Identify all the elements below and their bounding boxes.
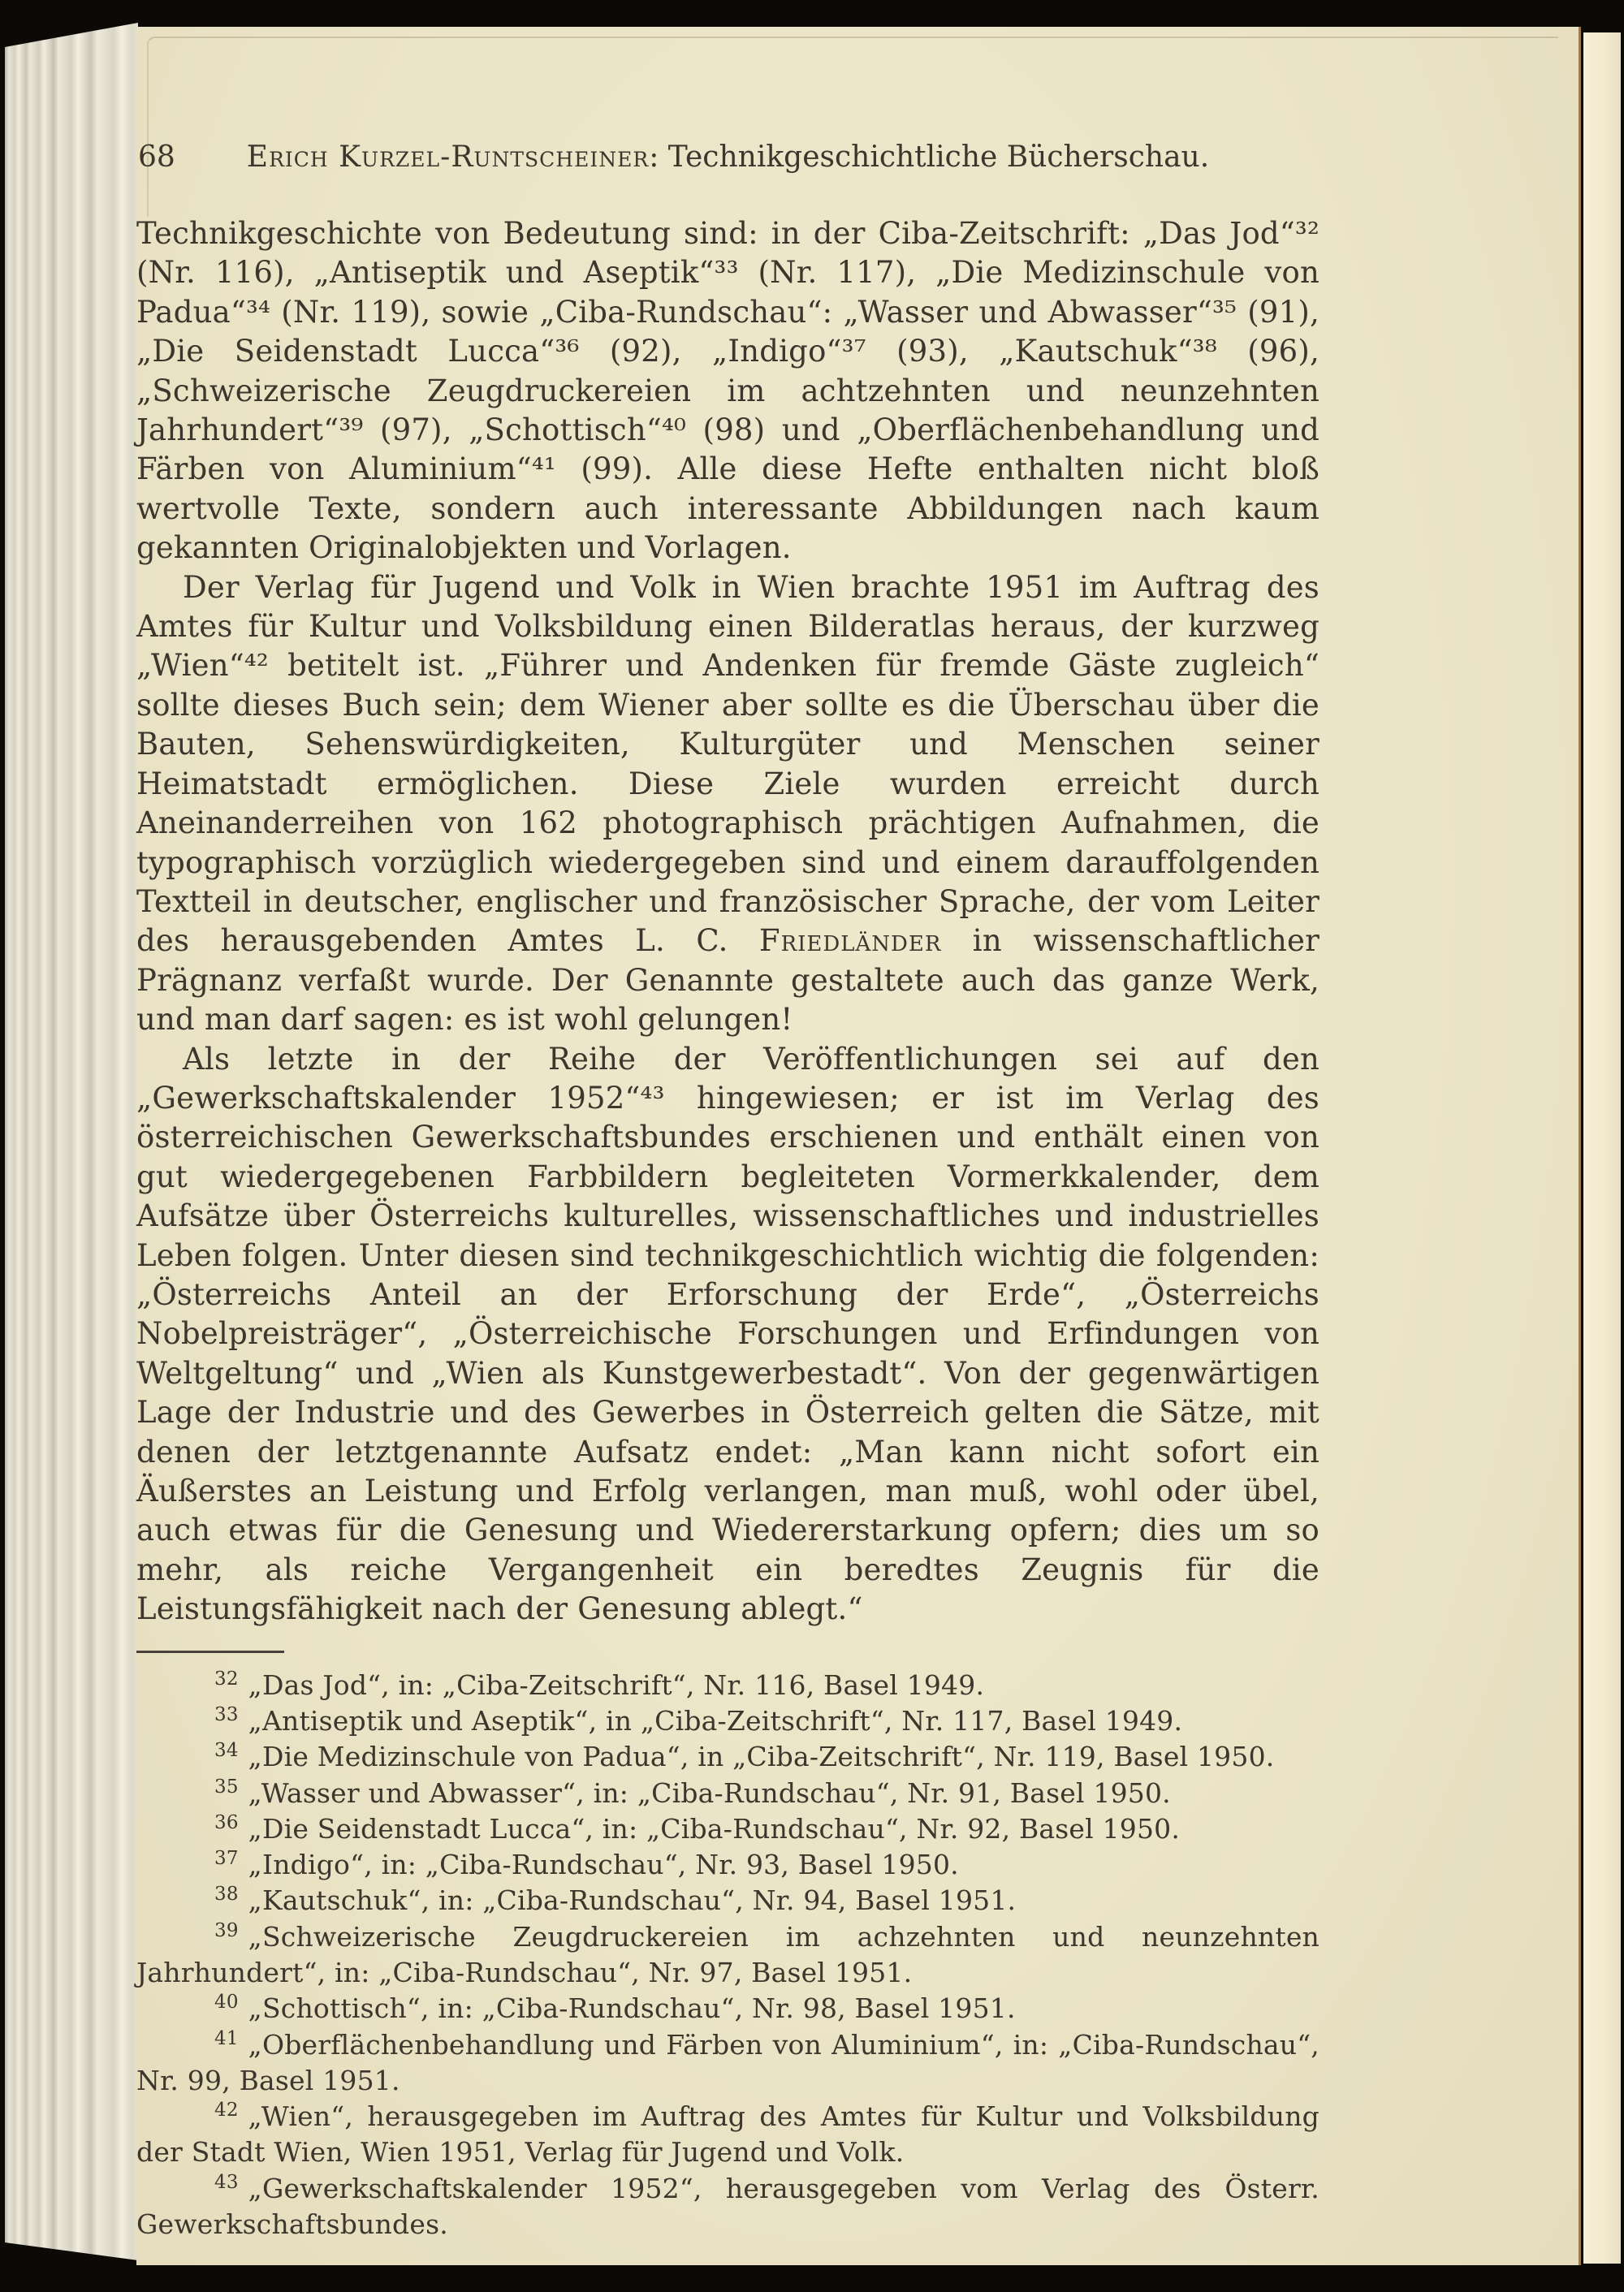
footnote-text: „Die Medizinschule von Padua“, in „Ciba-… — [248, 1741, 1275, 1772]
footnote: 38„Kautschuk“, in: „Ciba-Rundschau“, Nr.… — [136, 1883, 1319, 1919]
footnote-text: „Schweizerische Zeugdruckereien im achze… — [136, 1921, 1319, 1988]
body-paragraph-3: Als letzte in der Reihe der Veröffentlic… — [136, 1040, 1319, 1629]
page-text-area: 68 Erich Kurzel-Runtscheiner: Technikges… — [136, 140, 1319, 2242]
footnote-rule — [136, 1651, 284, 1653]
footnotes-block: 32„Das Jod“, in: „Ciba-Zeitschrift“, Nr.… — [136, 1668, 1319, 2243]
footnote: 42„Wien“, herausgegeben im Auftrag des A… — [136, 2099, 1319, 2171]
body-paragraph-2: Der Verlag für Jugend und Volk in Wien b… — [136, 568, 1319, 1040]
footnote-text: „Wien“, herausgegeben im Auftrag des Amt… — [136, 2100, 1319, 2168]
person-name: Friedländer — [759, 923, 942, 958]
footnote-text: „Gewerkschaftskalender 1952“, herausgege… — [136, 2173, 1319, 2240]
footnote-text: „Wasser und Abwasser“, in: „Ciba-Rundsch… — [248, 1777, 1171, 1809]
author-name: Erich Kurzel-Runtscheiner — [247, 140, 649, 174]
footnote-text: „Die Seidenstadt Lucca“, in: „Ciba-Runds… — [248, 1813, 1180, 1845]
footnote: 32„Das Jod“, in: „Ciba-Zeitschrift“, Nr.… — [136, 1668, 1319, 1703]
footnote: 37„Indigo“, in: „Ciba-Rundschau“, Nr. 93… — [136, 1847, 1319, 1883]
footnote: 34„Die Medizinschule von Padua“, in „Cib… — [136, 1739, 1319, 1775]
footnote-text: „Schottisch“, in: „Ciba-Rundschau“, Nr. … — [248, 1992, 1016, 2024]
footnote: 36„Die Seidenstadt Lucca“, in: „Ciba-Run… — [136, 1811, 1319, 1847]
footnote-text: „Antiseptik und Aseptik“, in „Ciba-Zeits… — [248, 1705, 1183, 1737]
page-stack-edges — [5, 19, 138, 2264]
footnote: 41„Oberflächenbehandlung und Färben von … — [136, 2027, 1319, 2100]
footnote-text: „Kautschuk“, in: „Ciba-Rundschau“, Nr. 9… — [248, 1884, 1017, 1916]
footnote: 33„Antiseptik und Aseptik“, in „Ciba-Zei… — [136, 1703, 1319, 1739]
footnote-text: „Das Jod“, in: „Ciba-Zeitschrift“, Nr. 1… — [248, 1669, 984, 1701]
footnote: 39„Schweizerische Zeugdruckereien im ach… — [136, 1919, 1319, 1992]
footnote: 35„Wasser und Abwasser“, in: „Ciba-Runds… — [136, 1776, 1319, 1811]
footnote-text: „Oberflächenbehandlung und Färben von Al… — [136, 2029, 1319, 2096]
body-copy: Technikgeschichte von Bedeutung sind: in… — [136, 214, 1319, 1629]
running-header: 68 Erich Kurzel-Runtscheiner: Technikges… — [136, 140, 1319, 175]
footnote-text: „Indigo“, in: „Ciba-Rundschau“, Nr. 93, … — [248, 1849, 959, 1880]
paragraph-2-text-a: Der Verlag für Jugend und Volk in Wien b… — [136, 570, 1319, 959]
scan-background: { "page": { "number": "68", "header": { … — [0, 0, 1624, 2292]
footnote: 40„Schottisch“, in: „Ciba-Rundschau“, Nr… — [136, 1991, 1319, 2027]
header-title: : Technikgeschichtliche Bücherschau. — [649, 140, 1209, 174]
page-number: 68 — [138, 140, 175, 175]
footnote: 43„Gewerkschaftskalender 1952“, herausge… — [136, 2171, 1319, 2243]
body-paragraph-1: Technikgeschichte von Bedeutung sind: in… — [136, 214, 1319, 568]
right-page-sliver — [1583, 32, 1621, 2264]
